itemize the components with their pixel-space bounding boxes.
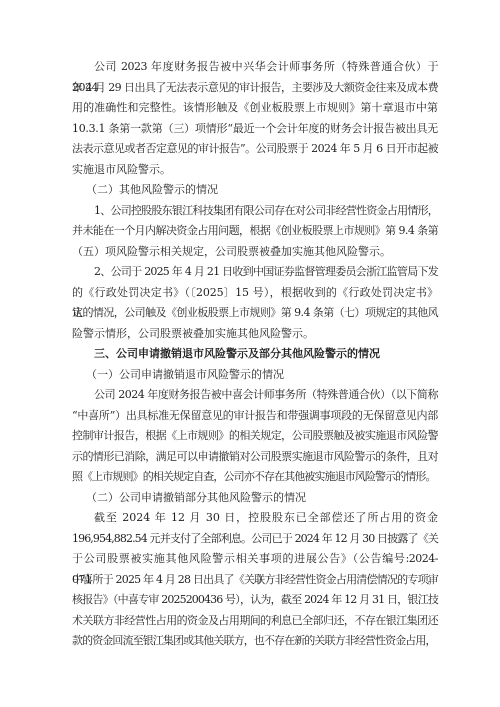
text-line: 公司 2023 年度财务报告被中兴华会计师事务所（特殊普通合伙）于 2024 [72,57,438,78]
document-body: 公司 2023 年度财务报告被中兴华会计师事务所（特殊普通合伙）于 2024年 … [72,57,438,652]
document-page: 公司 2023 年度财务报告被中兴华会计师事务所（特殊普通合伙）于 2024年 … [0,0,500,707]
text-line: 定的情况，公司触及《创业板股票上市规则》第 9.4 条第（七）项规定的其他风 [72,303,438,324]
text-line: 实施退市风险警示。 [72,160,438,181]
text-line: 1、公司控股股东银江科技集团有限公司存在对公司非经营性资金占用情形， [72,201,438,222]
text-line: 术关联方非经营性占用的资金及占用期间的利息已全部归还，不存在银江集团还 [72,611,438,632]
text-line: 截至 2024 年 12 月 30 日，控股股东已全部偿还了所占用的资金 [72,508,438,529]
text-line: 险警示情形，公司股票被叠加实施其他风险警示。 [72,324,438,345]
text-line: 公司 2024 年度财务报告被中喜会计师事务所（特殊普通合伙）（以下简称 [72,385,438,406]
text-line: 用的准确性和完整性。该情形触及《创业板股票上市规则》第十章退市中第 [72,98,438,119]
subsection-heading: （一）公司申请撤销退市风险警示的情况 [72,365,438,386]
text-line: 并未能在一个月内解决资金占用问题，根据《创业板股票上市规则》第 9.4 条第 [72,221,438,242]
text-line: 10.3.1 条第一款第（三）项情形“最近一个会计年度的财务会计报告被出具无 [72,119,438,140]
subsection-heading: （二）公司申请撤销部分其他风险警示的情况 [72,488,438,509]
subsection-heading: （二）其他风险警示的情况 [72,180,438,201]
text-line: 的《行政处罚决定书》（〔2025〕15 号），根据收到的《行政处罚决定书》认 [72,283,438,304]
section-heading: 三、公司申请撤销退市风险警示及部分其他风险警示的情况 [72,344,438,365]
text-line: 示的情形已消除，满足可以申请撤销对公司股票实施退市风险警示的条件，且对 [72,447,438,468]
text-line: 于公司股票被实施其他风险警示相关事项的进展公告》（公告编号:2024-071）。 [72,549,438,570]
text-line: 196,954,882.54 元并支付了全部利息。公司已于 2024 年 12 … [72,529,438,550]
text-line: 照《上市规则》的相关规定自查，公司亦不存在其他被实施退市风险警示的情形。 [72,467,438,488]
text-line: 年 4 月 29 日出具了无法表示意见的审计报告，主要涉及大额资金往来及成本费 [72,78,438,99]
text-line: 款的资金回流至银江集团或其他关联方，也不存在新的关联方非经营性资金占用， [72,631,438,652]
text-line: 控制审计报告，根据《上市规则》的相关规定，公司股票触及被实施退市风险警 [72,426,438,447]
text-line: （五）项风险警示相关规定，公司股票被叠加实施其他风险警示。 [72,242,438,263]
text-line: 中喜所于 2025 年 4 月 28 日出具了《关联方非经营性资金占用清偿情况的… [72,570,438,591]
text-line: 法表示意见或者否定意见的审计报告”。公司股票于 2024 年 5 月 6 日开市… [72,139,438,160]
text-line: 核报告》（中喜专审 2025200436 号），认为，截至 2024 年 12 … [72,590,438,611]
text-line: 2、公司于 2025 年 4 月 21 日收到中国证券监督管理委员会浙江监管局下… [72,262,438,283]
text-line: “中喜所”）出具标准无保留意见的审计报告和带强调事项段的无保留意见内部 [72,406,438,427]
